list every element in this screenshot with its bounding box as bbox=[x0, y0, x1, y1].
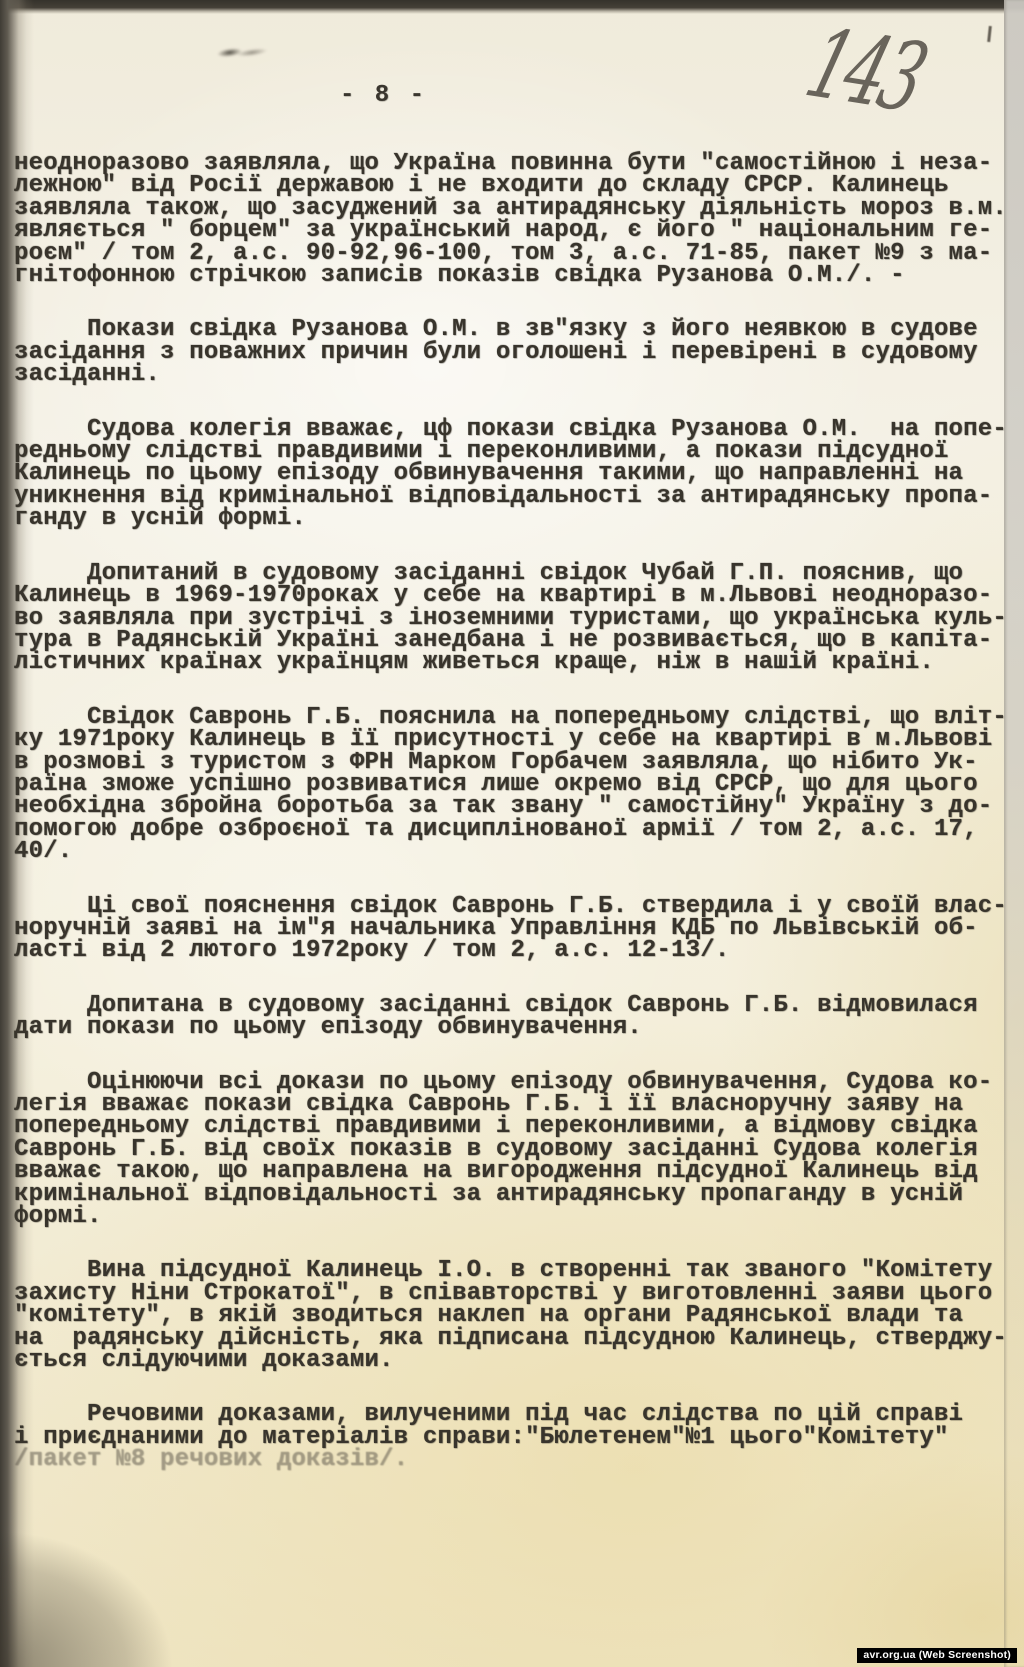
paragraph: Речовими доказами, вилученими під час сл… bbox=[14, 1404, 1018, 1471]
paragraph: Допитана в судовому засіданні свідок Сав… bbox=[14, 995, 1018, 1040]
paragraph: Покази свідка Рузанова О.М. в зв"язку з … bbox=[14, 319, 1018, 386]
paragraph: Вина підсудної Калинець І.О. в створенні… bbox=[14, 1260, 1018, 1372]
text-line: /пакет №8 речових доказів/. bbox=[14, 1449, 1018, 1471]
text-line: ганду в усній формі. bbox=[14, 508, 1018, 530]
watermark-badge: avr.org.ua (Web Screenshot) bbox=[857, 1648, 1017, 1663]
text-line: помогою добре озброєної та дисциплінован… bbox=[14, 819, 1018, 841]
typed-page-number: - 8 - bbox=[340, 82, 427, 109]
scanned-document-page: { "page": { "handwritten_number": "143",… bbox=[0, 0, 1024, 1667]
text-line: лістичних країнах українцям живеться кра… bbox=[14, 652, 1018, 674]
document-text: неодноразово заявляла, що Україна повинн… bbox=[14, 153, 1018, 1504]
text-line: кримінальної відповідальності за антирад… bbox=[14, 1184, 1018, 1206]
text-line: ласті від 2 лютого 1972року / том 2, а.с… bbox=[14, 940, 1018, 962]
paragraph: Судова колегія вважає, цф покази свідка … bbox=[14, 419, 1018, 531]
text-line: 40/. bbox=[14, 841, 1018, 863]
text-line: дати покази по цьому епізоду обвинувачен… bbox=[14, 1017, 1018, 1039]
paragraph: Свідок Савронь Г.Б. пояснила на попередн… bbox=[14, 707, 1018, 864]
paragraph: Оцінюючи всі докази по цьому епізоду обв… bbox=[14, 1072, 1018, 1229]
scan-shadow-bottom-left bbox=[0, 1477, 230, 1667]
text-line: ється слідуючими доказами. bbox=[14, 1350, 1018, 1372]
paragraph: Ці свої пояснення свідок Савронь Г.Б. ст… bbox=[14, 896, 1018, 963]
scan-edge-top bbox=[0, 0, 1024, 14]
text-line: формі. bbox=[14, 1206, 1018, 1228]
text-line: засідання з поважних причин були оголоше… bbox=[14, 342, 1018, 364]
paragraph: Допитаний в судовому засіданні свідок Чу… bbox=[14, 563, 1018, 675]
paragraph: неодноразово заявляла, що Україна повинн… bbox=[14, 153, 1018, 287]
text-line: засіданні. bbox=[14, 364, 1018, 386]
text-line: гнітофонною стрічкою записів показів сві… bbox=[14, 265, 1018, 287]
